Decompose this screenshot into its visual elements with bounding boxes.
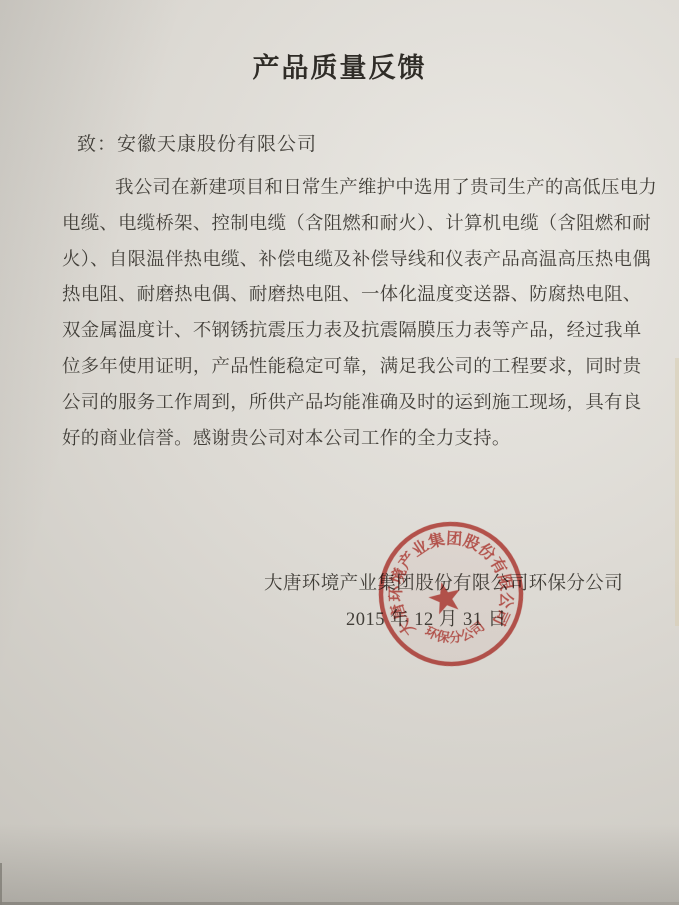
body-line: 好的商业信誉。感谢贵公司对本公司工作的全力支持。	[62, 421, 637, 457]
body-paragraph: 我公司在新建项目和日常生产维护中选用了贵司生产的高低压电力 电缆、电缆桥架、控制…	[62, 170, 637, 456]
body-line: 热电阻、耐磨热电偶、耐磨热电阻、一体化温度变送器、防腐热电阻、	[62, 277, 637, 313]
paper-edge-highlight	[675, 358, 679, 626]
body-line: 我公司在新建项目和日常生产维护中选用了贵司生产的高低压电力	[62, 170, 637, 206]
page-title: 产品质量反馈	[0, 46, 679, 85]
body-line: 火）、自限温伴热电缆、补偿电缆及补偿导线和仪表产品高温高压热电偶	[62, 242, 637, 278]
recipient-line: 致：安徽天康股份有限公司	[77, 129, 317, 156]
body-line: 公司的服务工作周到，所供产品均能准确及时的运到施工现场，具有良	[62, 385, 637, 421]
body-line: 电缆、电缆桥架、控制电缆（含阻燃和耐火）、计算机电缆（含阻燃和耐	[62, 206, 637, 242]
body-line: 位多年使用证明，产品性能稳定可靠，满足我公司的工程要求，同时贵	[62, 349, 637, 385]
document-photo: 产品质量反馈 致：安徽天康股份有限公司 我公司在新建项目和日常生产维护中选用了贵…	[0, 0, 679, 905]
body-line: 双金属温度计、不钢锈抗震压力表及抗震隔膜压力表等产品，经过我单	[62, 313, 637, 349]
company-seal-stamp: 大唐环境产业集团股份有限公司 环保分公司	[359, 502, 544, 687]
photo-edge-left	[0, 863, 2, 905]
